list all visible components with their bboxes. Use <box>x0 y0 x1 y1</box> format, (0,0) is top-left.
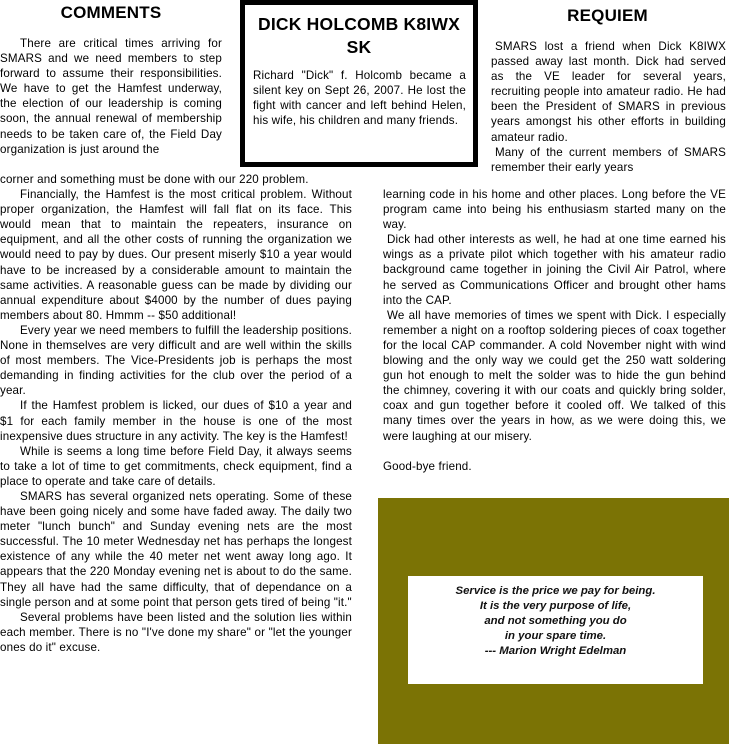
comments-intro-paragraph: There are critical times arriving for SM… <box>0 36 222 157</box>
spacer <box>383 444 726 459</box>
quote-line: in your spare time. <box>408 629 703 644</box>
comments-paragraph-dues: If the Hamfest problem is licked, our du… <box>0 398 352 443</box>
comments-paragraph-field-day: While is seems a long time before Field … <box>0 444 352 489</box>
comments-paragraph-nets: SMARS has several organized nets operati… <box>0 489 352 610</box>
requiem-heading: REQUIEM <box>486 6 729 26</box>
obituary-box: DICK HOLCOMB K8IWX SK Richard "Dick" f. … <box>240 0 478 167</box>
quote-line: Service is the price we pay for being. <box>408 584 703 599</box>
obituary-title: DICK HOLCOMB K8IWX SK <box>245 13 473 59</box>
obituary-body: Richard "Dick" f. Holcomb became a silen… <box>253 68 466 128</box>
comments-intro-block: There are critical times arriving for SM… <box>0 36 222 157</box>
quote-text: Service is the price we pay for being. I… <box>408 584 703 659</box>
comments-intro-continued: corner and something must be done with o… <box>0 172 352 187</box>
requiem-paragraph-intro: SMARS lost a friend when Dick K8IWX pass… <box>491 39 726 145</box>
requiem-top-block: SMARS lost a friend when Dick K8IWX pass… <box>491 39 726 175</box>
requiem-paragraph-members-continued: learning code in his home and other plac… <box>383 187 726 232</box>
comments-paragraph-financial: Financially, the Hamfest is the most cri… <box>0 187 352 323</box>
requiem-paragraph-interests: Dick had other interests as well, he had… <box>383 232 726 307</box>
quote-box: Service is the price we pay for being. I… <box>408 576 703 684</box>
obituary-title-line2: SK <box>245 36 473 59</box>
quote-line: It is the very purpose of life, <box>408 599 703 614</box>
comments-paragraph-leadership: Every year we need members to fulfill th… <box>0 323 352 398</box>
comments-heading: COMMENTS <box>0 3 222 23</box>
quote-line: and not something you do <box>408 614 703 629</box>
requiem-paragraph-members-start: Many of the current members of SMARS rem… <box>491 145 726 175</box>
requiem-body: learning code in his home and other plac… <box>383 187 726 474</box>
requiem-closing: Good-bye friend. <box>383 459 726 474</box>
comments-body: corner and something must be done with o… <box>0 172 352 655</box>
quote-panel: Service is the price we pay for being. I… <box>378 498 729 744</box>
obituary-title-line1: DICK HOLCOMB K8IWX <box>245 13 473 36</box>
comments-paragraph-solution: Several problems have been listed and th… <box>0 610 352 655</box>
requiem-paragraph-memories: We all have memories of times we spent w… <box>383 308 726 444</box>
quote-attribution: --- Marion Wright Edelman <box>408 644 703 659</box>
